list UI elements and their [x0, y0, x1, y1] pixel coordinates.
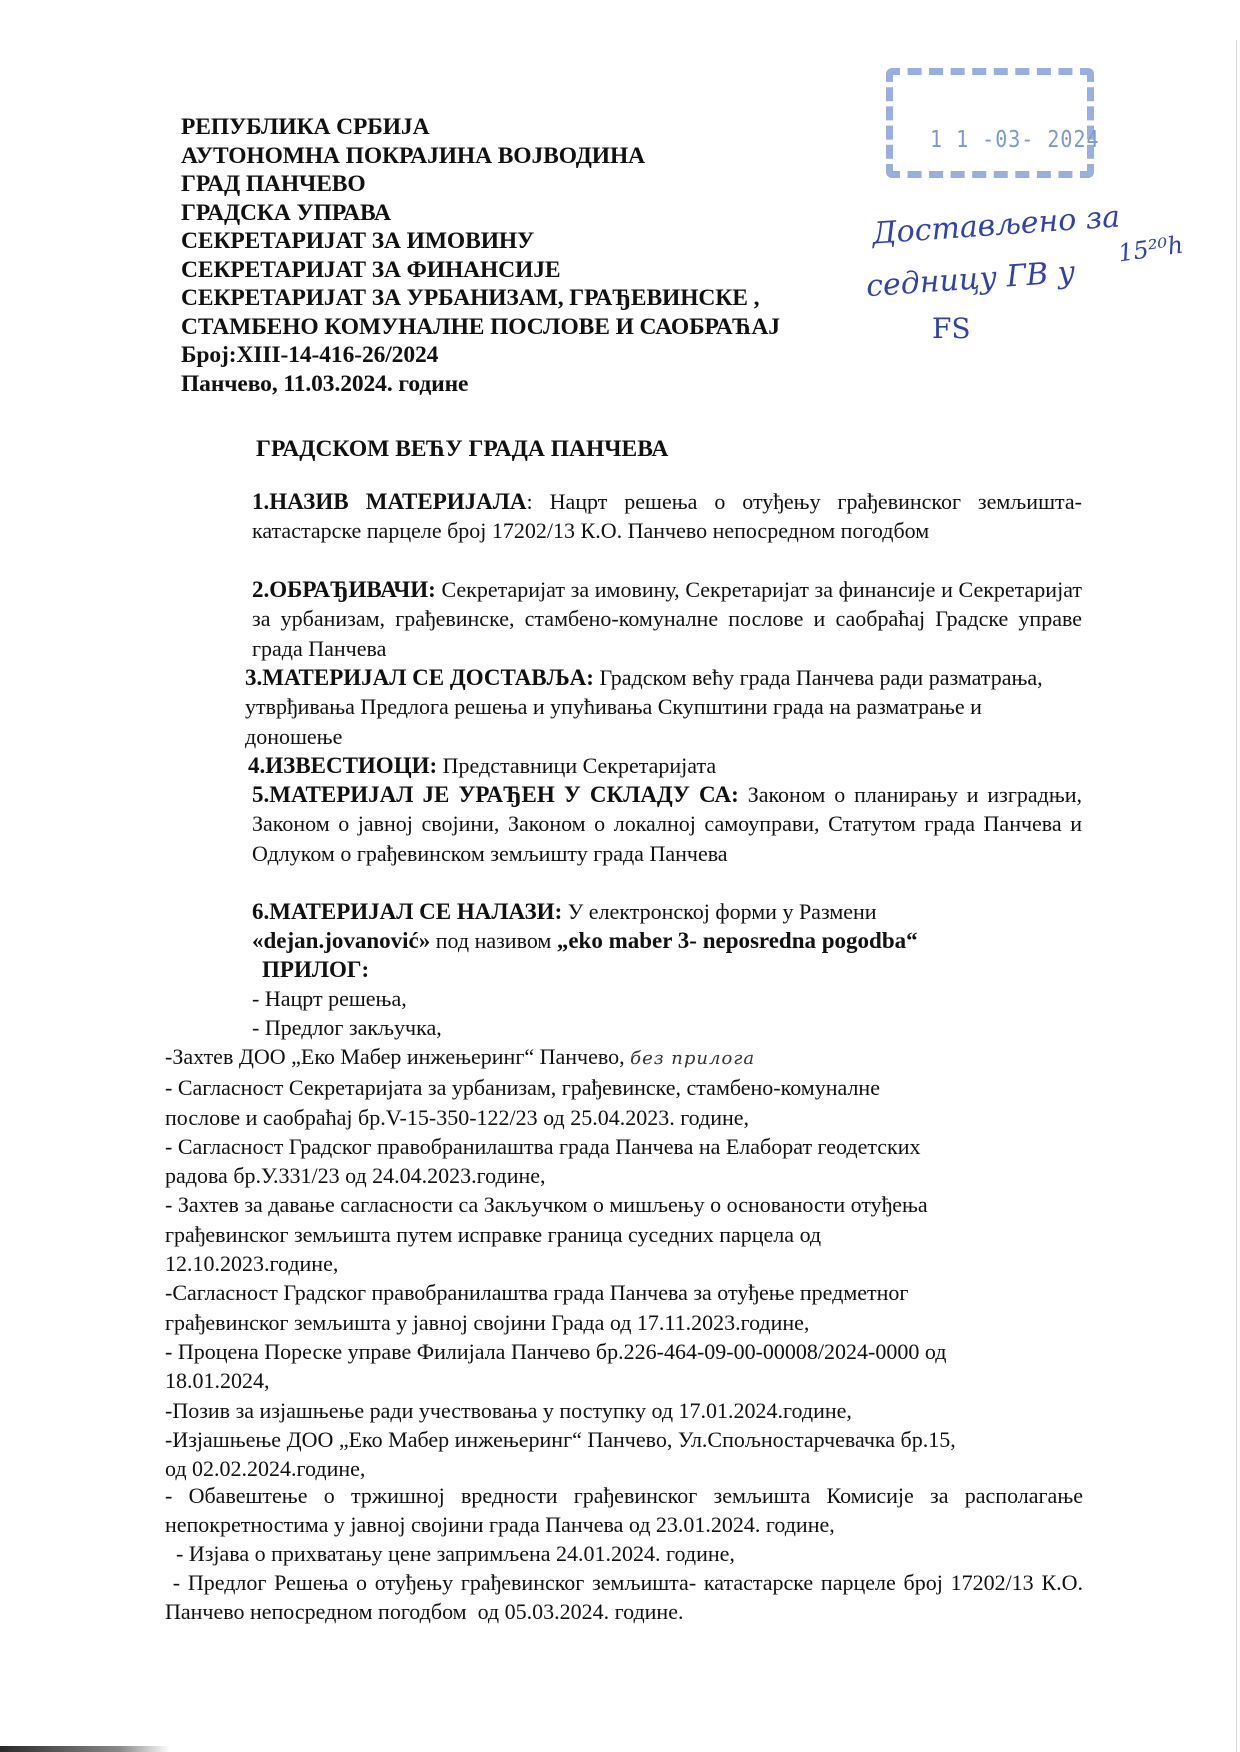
header-secretariat-finance: СЕКРЕТАРИЈАТ ЗА ФИНАНСИЈЕ [181, 256, 780, 285]
handwritten-initials: FS [932, 312, 971, 345]
section-3: 3.МАТЕРИЈАЛ СЕ ДОСТАВЉА: Градском већу г… [245, 663, 1065, 751]
section-text: Представници Секретаријата [443, 753, 717, 778]
section-6: 6.МАТЕРИЈАЛ СЕ НАЛАЗИ: У електронској фо… [252, 897, 1082, 926]
section-4: 4.ИЗВЕСТИОЦИ: Представници Секретаријата [248, 751, 1078, 780]
section-1: 1.НАЗИВ МАТЕРИЈАЛА: Нацрт решења о отуђе… [252, 487, 1082, 546]
section-label: 6.МАТЕРИЈАЛ СЕ НАЛАЗИ: [252, 899, 562, 924]
header-administration: ГРАДСКА УПРАВА [181, 199, 780, 228]
received-stamp [886, 68, 1094, 178]
addressee: ГРАДСКОМ ВЕЋУ ГРАДА ПАНЧЕВА [256, 436, 668, 463]
header-city: ГРАД ПАНЧЕВО [181, 170, 780, 199]
header-secretariat-property: СЕКРЕТАРИЈАТ ЗА ИМОВИНУ [181, 227, 780, 256]
attachment-proposal: - Предлог Решења о отуђењу грађевинског … [165, 1568, 1083, 1627]
attachment-line: -Сагласност Градског правобранилаштва гр… [165, 1278, 1085, 1307]
attachment-line: - Процена Пореске управе Филијала Панчев… [165, 1337, 1085, 1366]
stamp-date: 1 1 -03- 2024 [930, 125, 1100, 153]
attachment-line: 12.10.2023.године, [165, 1249, 1085, 1278]
section-2: 2.ОБРАЂИВАЧИ: Секретаријат за имовину, С… [252, 575, 1082, 663]
header-country: РЕПУБЛИКА СРБИЈА [181, 113, 780, 142]
section-label: 4.ИЗВЕСТИОЦИ: [248, 753, 437, 778]
document-number: Број:XIII-14-416-26/2024 [181, 341, 780, 370]
attachment-item: - Предлог закључка, [252, 1013, 442, 1042]
document-date: Панчево, 11.03.2024. године [181, 370, 780, 399]
attachment-notice: - Обавештење о тржишној вредности грађев… [165, 1481, 1083, 1540]
section-label: 2.ОБРАЂИВАЧИ: [252, 577, 436, 602]
attachment-line: од 02.02.2024.године, [165, 1454, 1085, 1483]
attachment-line: -Позив за изјашњење ради учествовања у п… [165, 1396, 1085, 1425]
attachments-title: ПРИЛОГ: [262, 955, 369, 984]
attachment-line: радова бр.У.331/23 од 24.04.2023.године, [165, 1161, 1085, 1190]
handwritten-note-line2: седницу ГВ у [865, 255, 1076, 305]
attachment-line: грађевинског земљишта у јавној својини Г… [165, 1308, 1085, 1337]
page-edge [1236, 40, 1237, 1752]
handwritten-annotation: без прилога [630, 1048, 755, 1069]
attachment-price-statement: - Изјава о прихватању цене запримљена 24… [165, 1539, 1085, 1568]
attachment-line: грађевинског земљишта путем исправке гра… [165, 1220, 1085, 1249]
section-label: 5.МАТЕРИЈАЛ ЈЕ УРАЂЕН У СКЛАДУ СА: [252, 782, 739, 807]
handwritten-time: 15²⁰h [1116, 231, 1185, 268]
header-secretariat-urbanism: СЕКРЕТАРИЈАТ ЗА УРБАНИЗАМ, ГРАЂЕВИНСКЕ , [181, 284, 780, 313]
section-label: 1.НАЗИВ МАТЕРИЈАЛА [252, 489, 527, 514]
section-label: 3.МАТЕРИЈАЛ СЕ ДОСТАВЉА: [245, 665, 594, 690]
scan-shadow [0, 1746, 170, 1752]
header-secretariat-urbanism-cont: СТАМБЕНО КОМУНАЛНЕ ПОСЛОВЕ И САОБРАЋАЈ [181, 313, 780, 342]
attachment-item: - Нацрт решења, [252, 984, 407, 1013]
file-name: „eko maber 3- neposredna pogodba“ [557, 928, 918, 953]
handwritten-note-line1: Достављено за [871, 199, 1121, 251]
section-6-location: «dejan.jovanović» под називом „eko maber… [252, 926, 918, 955]
attachment-item: -Захтев ДОО „Еко Мабер инжењеринг“ Панче… [165, 1042, 1085, 1073]
exchange-folder: «dejan.jovanović» [252, 928, 430, 953]
attachment-line: послове и саобраћај бр.V-15-350-122/23 о… [165, 1103, 1085, 1132]
attachment-line: - Сагласност Секретаријата за урбанизам,… [165, 1073, 1085, 1102]
attachment-line: -Изјашњење ДОО „Еко Мабер инжењеринг“ Па… [165, 1425, 1085, 1454]
section-text: У електронској форми у Размени [568, 899, 877, 924]
attachment-line: - Захтев за давање сагласности са Закључ… [165, 1190, 1085, 1219]
attachment-line: 18.01.2024, [165, 1366, 1085, 1395]
header-province: АУТОНОМНА ПОКРАЈИНА ВОЈВОДИНА [181, 142, 780, 171]
document-header: РЕПУБЛИКА СРБИЈА АУТОНОМНА ПОКРАЈИНА ВОЈ… [181, 113, 780, 398]
section-5: 5.МАТЕРИЈАЛ ЈЕ УРАЂЕН У СКЛАДУ СА: Закон… [252, 780, 1082, 868]
attachments-list: -Захтев ДОО „Еко Мабер инжењеринг“ Панче… [165, 1042, 1085, 1483]
attachment-line: - Сагласност Градског правобранилаштва г… [165, 1132, 1085, 1161]
